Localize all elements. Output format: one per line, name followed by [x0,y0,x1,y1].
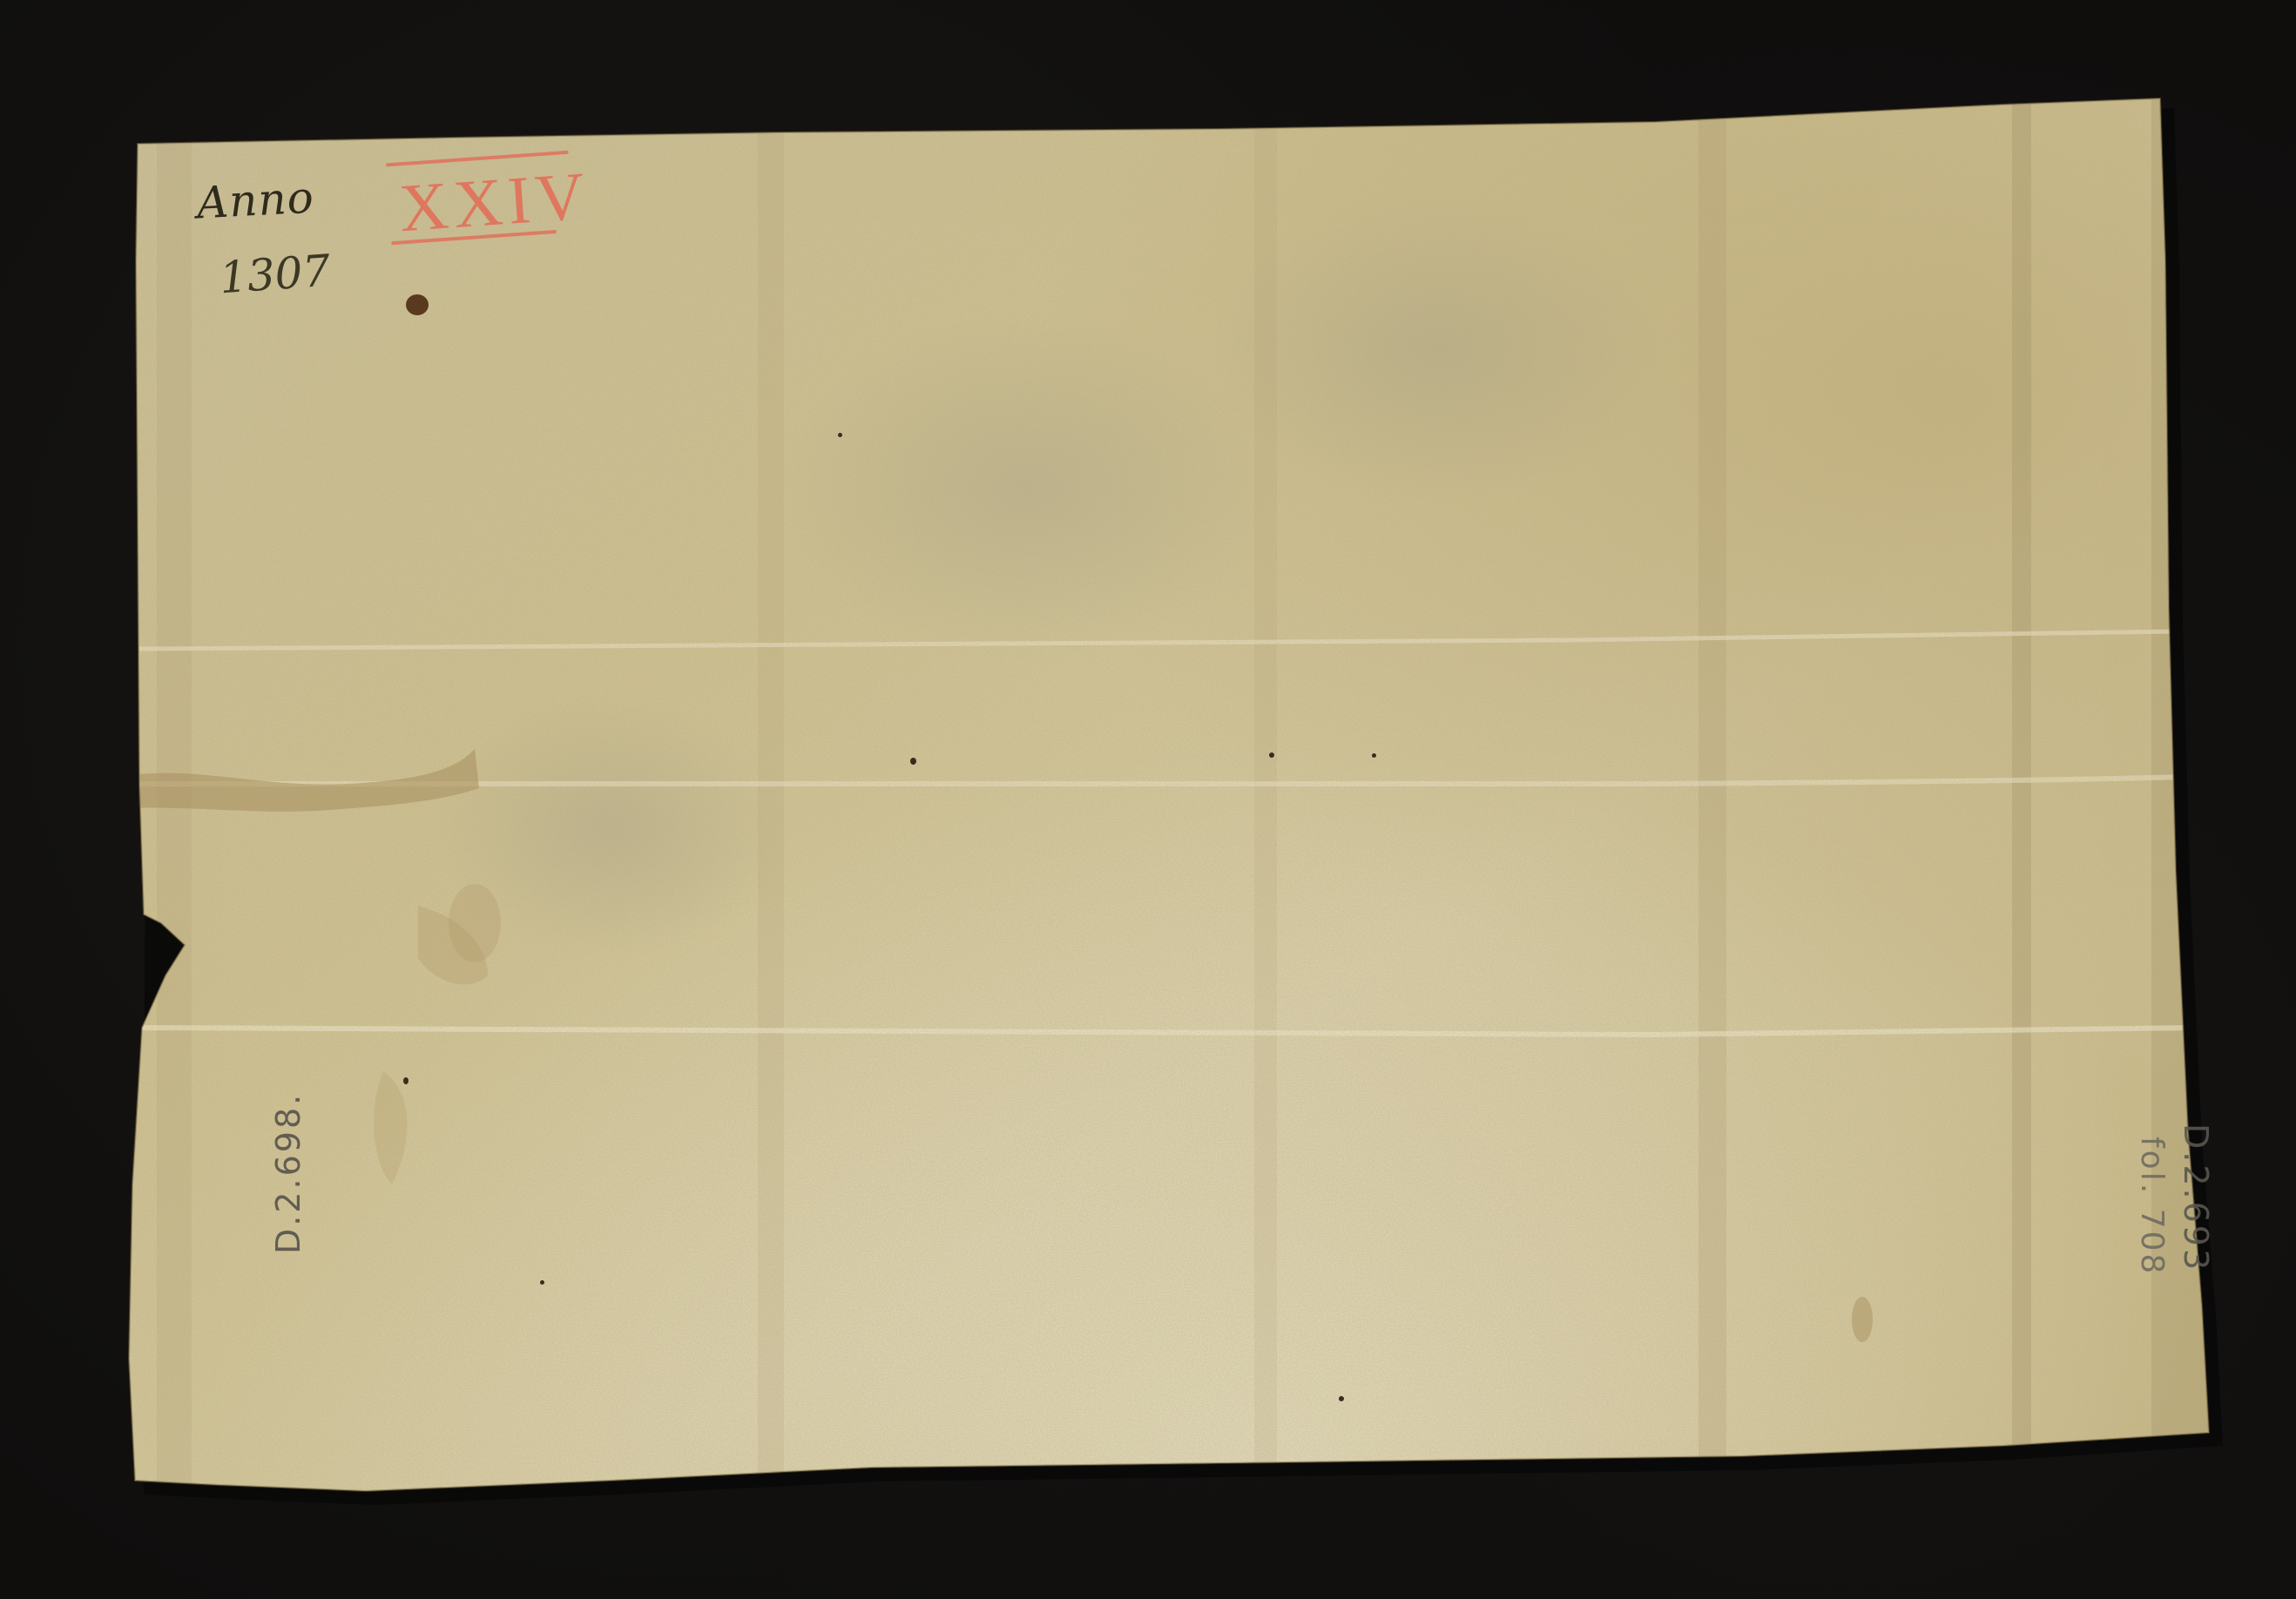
year-label: 1307 [218,249,331,300]
ink-speck [1269,752,1274,758]
ink-speck [403,1077,409,1084]
ink-speck [838,433,842,437]
scan-canvas: Anno 1307 XXIV D.2.698. D.2.693 fol. 708 [0,0,2296,1599]
ink-speck [910,758,916,765]
ink-spot [406,294,429,315]
anno-label: Anno [196,176,315,226]
parchment-sheet [0,0,2296,1599]
left-shelfmark: D.2.698. [272,1092,305,1254]
ink-speck [1339,1396,1344,1401]
ink-speck [540,1280,544,1285]
right-folio-number: fol. 708 [2136,1137,2167,1276]
ink-speck [1372,753,1376,758]
right-shelfmark: D.2.693 [2179,1123,2212,1272]
roman-numeral-mark: XXIV [385,142,575,254]
